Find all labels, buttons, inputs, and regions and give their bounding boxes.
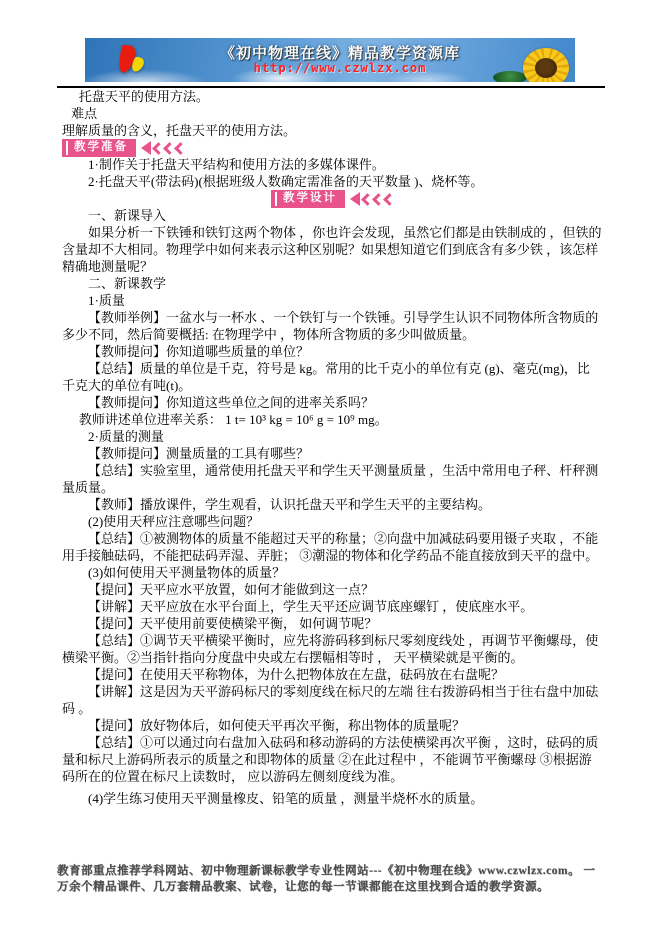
chevron-left-icon xyxy=(350,192,393,206)
paragraph: 二、新课教学 xyxy=(62,275,602,292)
paragraph: 【总结】①可以通过向右盘加入砝码和移动游码的方法使横梁再次平衡 ，这时，砝码的质… xyxy=(62,734,602,785)
section-badge-design: 教学设计 xyxy=(62,190,602,207)
paragraph: 【教师举例】一盆水与一杯水 、一个铁钉与一个铁锤。引导学生认识不同物体所含物质的… xyxy=(62,309,602,343)
chevron-left-icon xyxy=(141,141,184,155)
banner-url[interactable]: http://www.czwlzx.com xyxy=(175,61,505,75)
paragraph: 【教师】播放课件，学生观看，认识托盘天平和学生天平的主要结构。 xyxy=(62,496,602,513)
paragraph: 【教师提问】测量质量的工具有哪些？ xyxy=(62,445,602,462)
paragraph: (2)使用天秤应注意哪些问题？ xyxy=(62,513,602,530)
sunflower-icon xyxy=(523,48,569,82)
document-page: 《初中物理在线》精品教学资源库 http://www.czwlzx.com 托盘… xyxy=(0,0,661,936)
paragraph: 【教师提问】你知道这些单位之间的进率关系吗？ xyxy=(62,394,602,411)
badge-label: 教学准备 xyxy=(62,139,136,157)
paragraph: 托盘天平的使用方法。 xyxy=(62,88,602,105)
paragraph: (4)学生练习使用天平测量橡皮、铅笔的质量 ，测量半烧杯水的质量。 xyxy=(62,790,602,807)
paragraph: 2·质量的测量 xyxy=(62,428,602,445)
paragraph: 【提问】天平使用前要使横梁平衡， 如何调节呢？ xyxy=(62,615,602,632)
paragraph: 【提问】放好物体后，如何使天平再次平衡，称出物体的质量呢？ xyxy=(62,717,602,734)
foliage-decoration xyxy=(493,71,527,82)
paragraph: 如果分析一下铁锤和铁钉这两个物体 ，你也许会发现，虽然它们都是由铁制成的 ，但铁… xyxy=(62,224,602,275)
paragraph: 教师讲述单位进率关系： 1 t= 10³ kg = 10⁶ g = 10⁹ mg… xyxy=(62,411,602,428)
paragraph: 1·制作关于托盘天平结构和使用方法的多媒体课件。 xyxy=(62,156,602,173)
footer-text: 教育部重点推荐学科网站、初中物理新课标教学专业性网站---《初中物理在线》www… xyxy=(57,863,605,895)
site-logo-icon xyxy=(117,43,151,77)
section-badge-prep: 教学准备 xyxy=(62,139,602,156)
paragraph: 【教师提问】你知道哪些质量的单位？ xyxy=(62,343,602,360)
paragraph: (3)如何使用天平测量物体的质量？ xyxy=(62,564,602,581)
paragraph: 2·托盘天平(带法码)(根据班级人数确定需准备的天平数量 )、烧杯等。 xyxy=(62,173,602,190)
document-body: 托盘天平的使用方法。难点理解质量的含义，托盘天平的使用方法。教学准备1·制作关于… xyxy=(62,88,602,807)
sunflower-center xyxy=(535,58,557,78)
site-banner: 《初中物理在线》精品教学资源库 http://www.czwlzx.com xyxy=(85,38,575,82)
paragraph: 【提问】天平应水平放置，如何才能做到这一点？ xyxy=(62,581,602,598)
paragraph: 【总结】①被测物体的质量不能超过天平的称量；②向盘中加减砝码要用镊子夹取 ，不能… xyxy=(62,530,602,564)
paragraph: 难点 xyxy=(62,105,602,122)
paragraph: 理解质量的含义，托盘天平的使用方法。 xyxy=(62,122,602,139)
paragraph: 【总结】①调节天平横梁平衡时，应先将游码移到标尺零刻度线处 ，再调节平衡螺母，使… xyxy=(62,632,602,666)
banner-title: 《初中物理在线》精品教学资源库 xyxy=(175,42,505,63)
paragraph: 【总结】质量的单位是千克，符号是 kg。常用的比千克小的单位有克 (g)、毫克(… xyxy=(62,360,602,394)
paragraph: 【总结】实验室里，通常使用托盘天平和学生天平测量质量 ，生活中常用电子秤、杆秤测… xyxy=(62,462,602,496)
paragraph: 1·质量 xyxy=(62,292,602,309)
paragraph: 一、新课导入 xyxy=(62,207,602,224)
paragraph: 【讲解】天平应放在水平台面上，学生天平还应调节底座螺钉 ，使底座水平。 xyxy=(62,598,602,615)
paragraph: 【提问】在使用天平称物体，为什么把物体放在左盘，砝码放在右盘呢？ xyxy=(62,666,602,683)
badge-label: 教学设计 xyxy=(271,190,345,208)
paragraph: 【讲解】这是因为天平游码标尺的零刻度线在标尺的左端 往右拨游码相当于往右盘中加砝… xyxy=(62,683,602,717)
